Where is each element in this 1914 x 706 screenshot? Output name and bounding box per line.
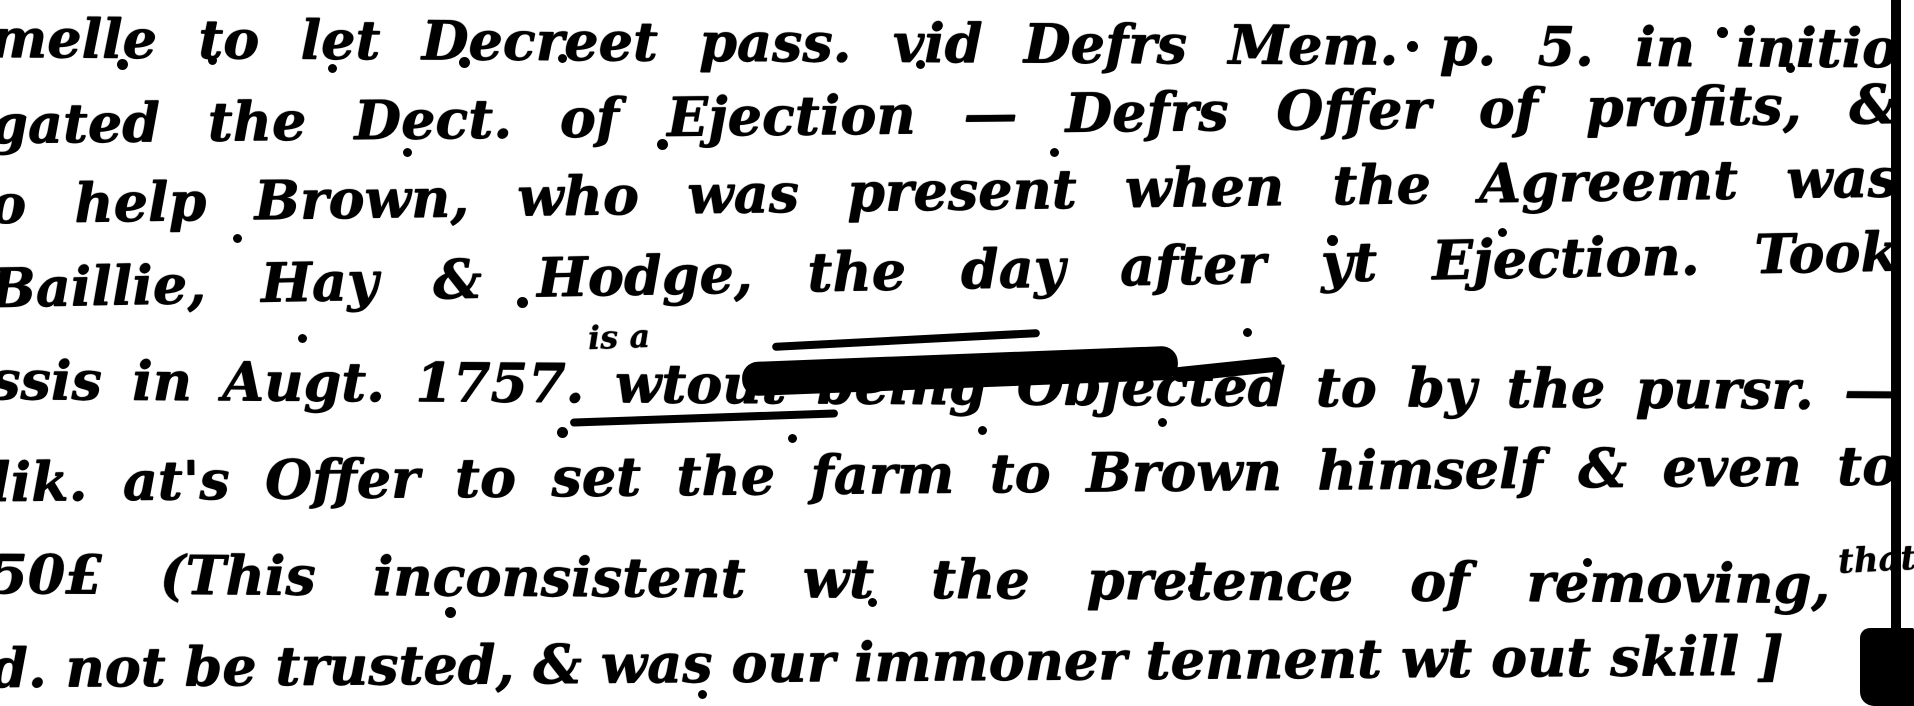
manuscript-line-6: lik. at's Offer to set the farm to Brown… xyxy=(0,433,1898,514)
manuscript-line-1: melle to let Decreet pass. vid Defrs Mem… xyxy=(0,6,1898,80)
manuscript-page: melle to let Decreet pass. vid Defrs Mem… xyxy=(0,0,1914,706)
line7-superscript-word: that xyxy=(1837,538,1914,582)
manuscript-line-7: 50£ (This inconsistent wt the pretence o… xyxy=(0,542,1830,616)
page-edge-scan-line xyxy=(1891,0,1901,706)
manuscript-line-2: gated the Dect. of Ejection — Defrs Offe… xyxy=(0,72,1898,156)
scored-out-word-strike xyxy=(772,329,1040,351)
manuscript-line-4: Baillie, Hay & Hodge, the day after yt E… xyxy=(0,219,1898,320)
manuscript-line-8: d. not be trusted, & was our immoner ten… xyxy=(0,626,1460,700)
interlinear-insertion: is a xyxy=(587,317,650,357)
bottom-right-ink-smudge xyxy=(1860,628,1914,706)
ink-speckles xyxy=(0,0,5,5)
manuscript-line-3: o help Brown, who was present when the A… xyxy=(0,145,1898,236)
